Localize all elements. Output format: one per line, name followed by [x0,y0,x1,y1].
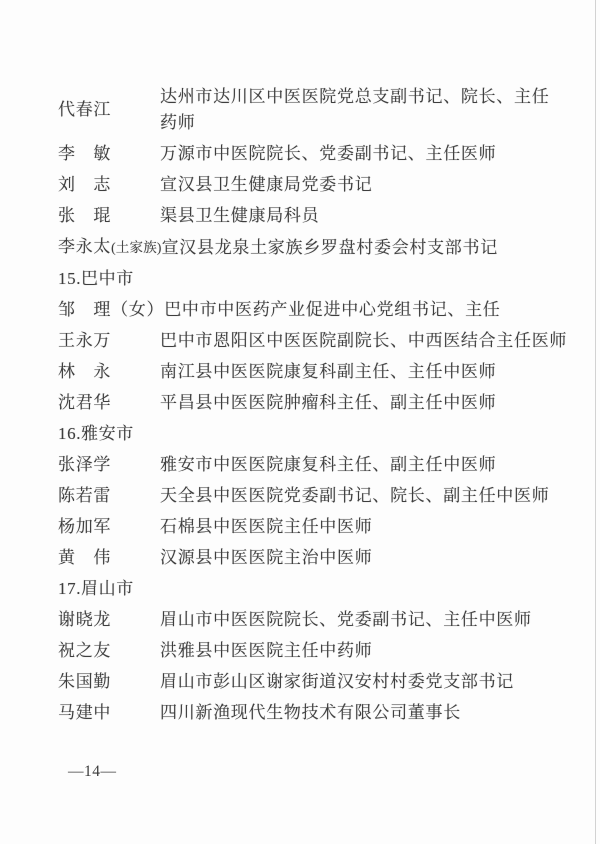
person-name: 沈君华 [58,390,160,416]
list-item: 祝之友洪雅县中医医院主任中药师 [58,638,586,664]
person-name: 黄 伟 [58,545,160,571]
city-section: 15.巴中市邹 理（女）巴中市中医药产业促进中心党组书记、主任王永万巴中市恩阳区… [58,266,586,416]
city-section: 16.雅安市张泽学雅安市中医医院康复科主任、副主任中医师陈若雷天全县中医医院党委… [58,421,586,571]
person-name-text: 林 永 [58,362,111,381]
city-section: 17.眉山市谢晓龙眉山市中医医院院长、党委副书记、主任中医师祝之友洪雅县中医医院… [58,576,586,726]
list-item: 李 敏万源市中医院院长、党委副书记、主任医师 [58,141,586,167]
person-name: 杨加军 [58,514,160,540]
person-name: 李 敏 [58,141,160,167]
person-name-text: 黄 伟 [58,548,111,567]
person-name-text: 祝之友 [58,641,111,660]
section-header: 17.眉山市 [58,576,586,602]
list-item: 陈若雷天全县中医医院党委副书记、院长、副主任中医师 [58,483,586,509]
scan-edge-line [595,0,596,844]
page-footer: —14— [68,762,117,782]
list-item: 马建中四川新渔现代生物技术有限公司董事长 [58,700,586,726]
list-item: 沈君华平昌县中医医院肿瘤科主任、副主任中医师 [58,390,586,416]
list-item: 邹 理（女）巴中市中医药产业促进中心党组书记、主任 [58,297,586,323]
person-name: 马建中 [58,700,160,726]
person-name-text: 朱国勤 [58,672,111,691]
person-title: 巴中市中医药产业促进中心党组书记、主任 [164,297,586,323]
person-title: 石棉县中医医院主任中医师 [160,514,586,540]
page-number: —14— [68,763,117,780]
list-item: 张泽学雅安市中医医院康复科主任、副主任中医师 [58,452,586,478]
list-item: 朱国勤眉山市彭山区谢家街道汉安村村委党支部书记 [58,669,586,695]
person-name-text: 张泽学 [58,455,111,474]
list-item: 张 琨渠县卫生健康局科员 [58,203,586,229]
list-item: 黄 伟汉源县中医医院主治中医师 [58,545,586,571]
list-item: 李永太(土家族)宣汉县龙泉土家族乡罗盘村委会村支部书记 [58,234,586,261]
scanned-document-page: 代春江达州市达川区中医医院党总支副书记、院长、主任 药师李 敏万源市中医院院长、… [0,0,600,844]
person-title: 四川新渔现代生物技术有限公司董事长 [160,700,586,726]
person-title: 雅安市中医医院康复科主任、副主任中医师 [160,452,586,478]
person-title: 汉源县中医医院主治中医师 [160,545,586,571]
person-name: 代春江 [58,97,160,123]
list-item: 代春江达州市达川区中医医院党总支副书记、院长、主任 药师 [58,84,586,136]
award-list: 代春江达州市达川区中医医院党总支副书记、院长、主任 药师李 敏万源市中医院院长、… [58,84,586,731]
person-name-text: 李永太 [58,237,111,256]
person-title: 万源市中医院院长、党委副书记、主任医师 [160,141,586,167]
person-name-text: 王永万 [58,331,111,350]
list-item: 杨加军石棉县中医医院主任中医师 [58,514,586,540]
person-name: 谢晓龙 [58,607,160,633]
list-item: 王永万巴中市恩阳区中医医院副院长、中西医结合主任医师 [58,328,586,354]
person-title: 南江县中医医院康复科副主任、主任中医师 [160,359,586,385]
list-item: 刘 志宣汉县卫生健康局党委书记 [58,172,586,198]
person-name-text: 杨加军 [58,517,111,536]
person-title: 达州市达川区中医医院党总支副书记、院长、主任 药师 [160,84,586,136]
person-name-text: 代春江 [58,100,111,119]
person-title: 眉山市中医医院院长、党委副书记、主任中医师 [160,607,586,633]
ethnicity-note: (土家族) [111,240,162,255]
person-title: 宣汉县卫生健康局党委书记 [160,172,586,198]
person-title: 天全县中医医院党委副书记、院长、副主任中医师 [160,483,586,509]
person-name-text: 谢晓龙 [58,610,111,629]
person-name: 陈若雷 [58,483,160,509]
person-title: 宣汉县龙泉土家族乡罗盘村委会村支部书记 [162,235,586,261]
person-title: 渠县卫生健康局科员 [160,203,586,229]
section-header: 16.雅安市 [58,421,586,447]
person-title: 眉山市彭山区谢家街道汉安村村委党支部书记 [160,669,586,695]
list-item: 谢晓龙眉山市中医医院院长、党委副书记、主任中医师 [58,607,586,633]
person-name: 李永太(土家族) [58,234,162,261]
person-name: 祝之友 [58,638,160,664]
person-name: 林 永 [58,359,160,385]
person-title: 洪雅县中医医院主任中药师 [160,638,586,664]
person-title: 巴中市恩阳区中医医院副院长、中西医结合主任医师 [160,328,586,354]
person-name-text: 马建中 [58,703,111,722]
person-name: 邹 理（女） [58,297,164,323]
person-title: 平昌县中医医院肿瘤科主任、副主任中医师 [160,390,586,416]
person-name: 张 琨 [58,203,160,229]
person-name: 朱国勤 [58,669,160,695]
person-name-text: 刘 志 [58,175,111,194]
city-section: 代春江达州市达川区中医医院党总支副书记、院长、主任 药师李 敏万源市中医院院长、… [58,84,586,261]
person-name-text: 李 敏 [58,144,111,163]
person-name: 张泽学 [58,452,160,478]
person-name: 刘 志 [58,172,160,198]
person-name-text: 邹 理（女） [58,300,164,319]
person-name-text: 陈若雷 [58,486,111,505]
section-header: 15.巴中市 [58,266,586,292]
person-name: 王永万 [58,328,160,354]
list-item: 林 永南江县中医医院康复科副主任、主任中医师 [58,359,586,385]
person-name-text: 张 琨 [58,206,111,225]
person-name-text: 沈君华 [58,393,111,412]
